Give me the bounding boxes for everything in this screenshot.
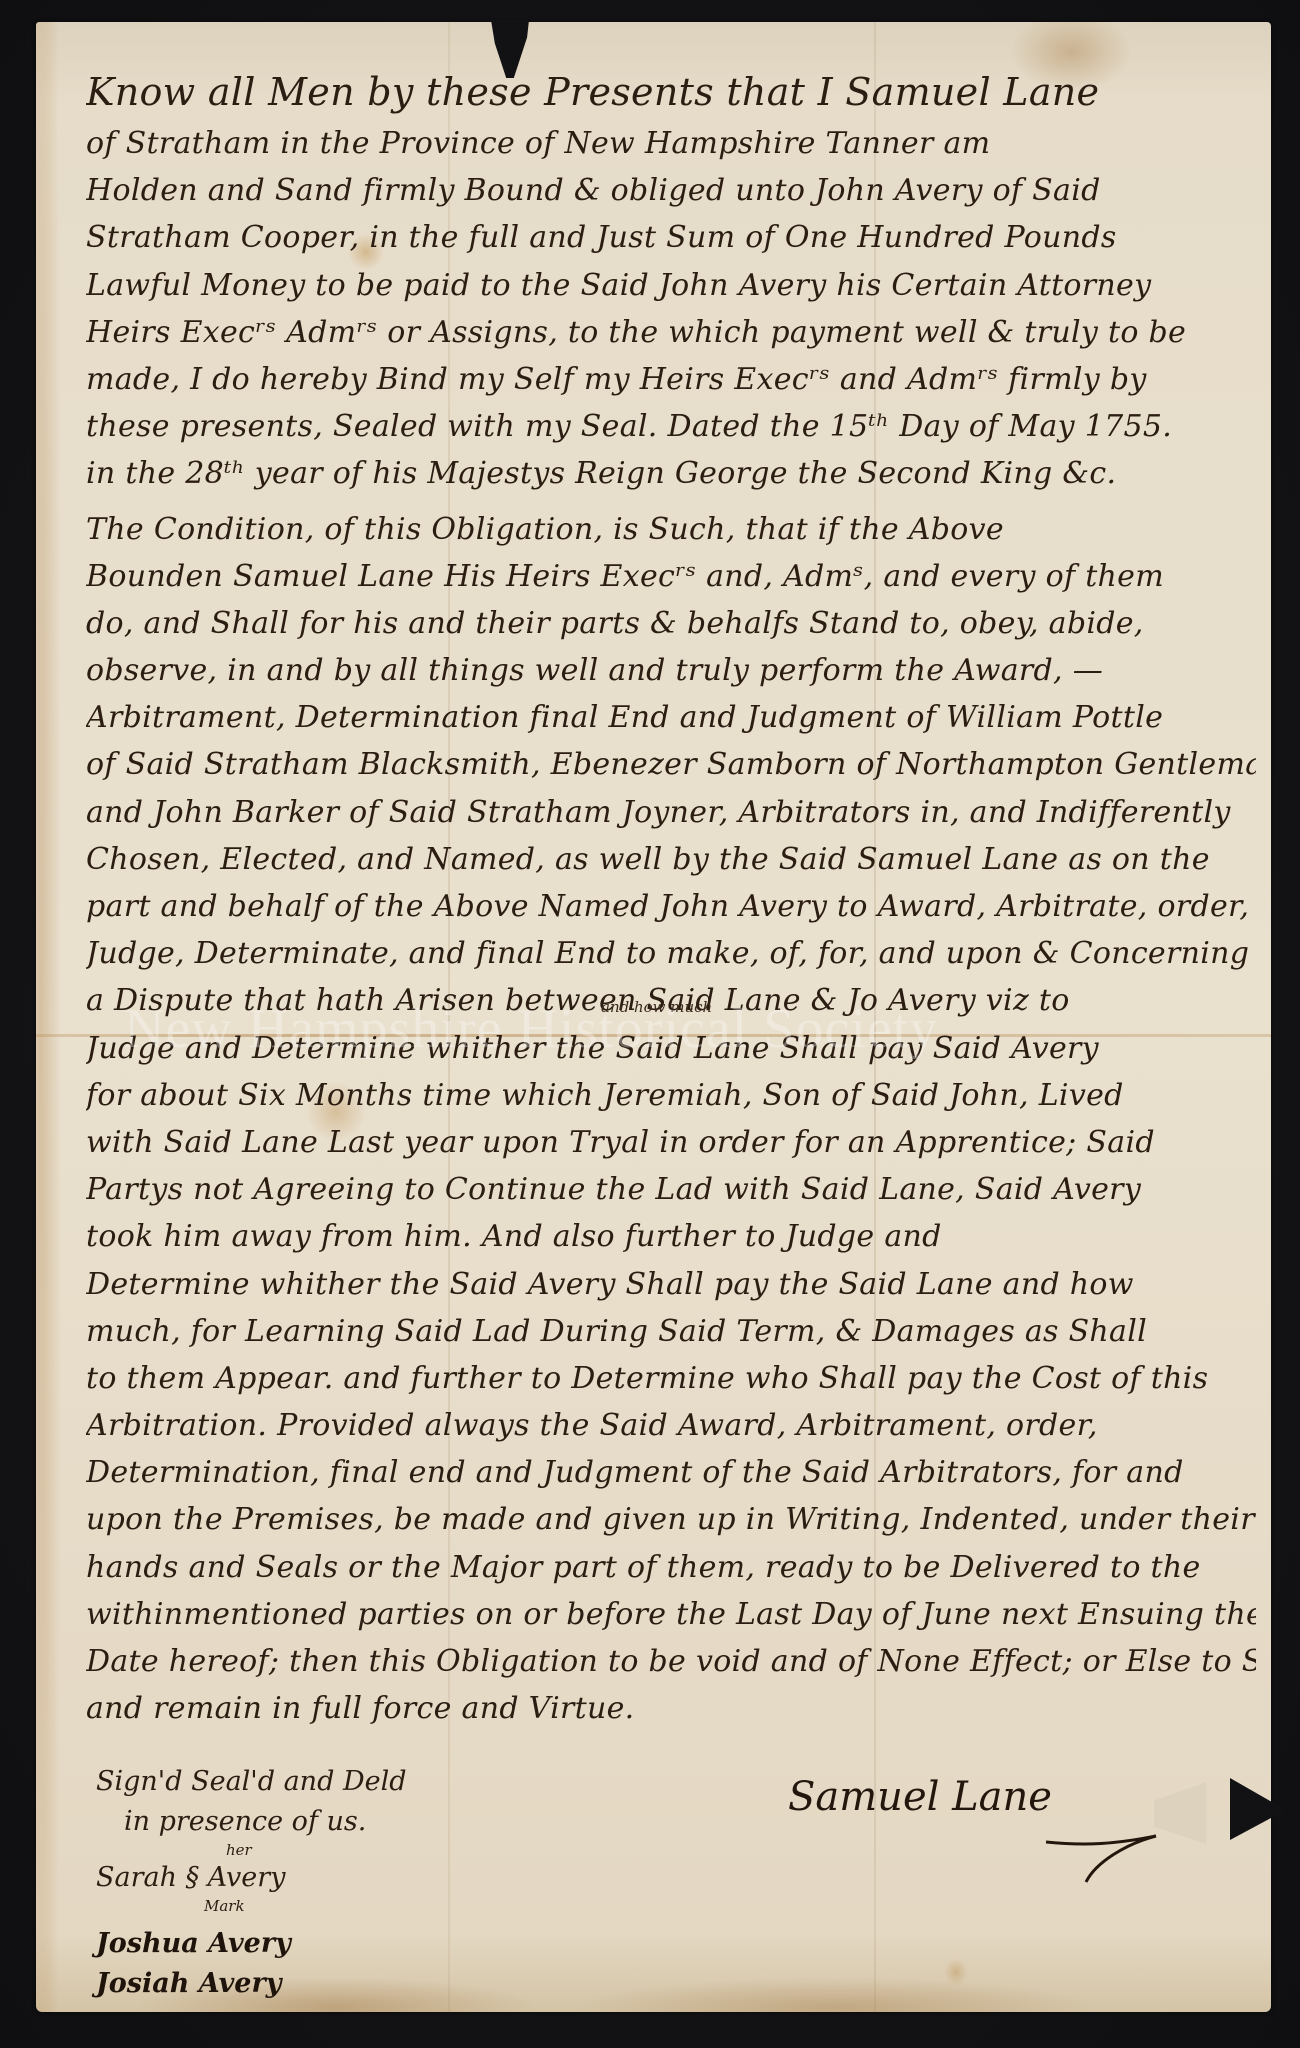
text-line: part and behalf of the Above Named John … xyxy=(86,883,1256,930)
text-line: Heirs Execʳˢ Admʳˢ or Assigns, to the wh… xyxy=(86,309,1256,356)
text-line: observe, in and by all things well and t… xyxy=(86,647,1256,694)
text-line: Bounden Samuel Lane His Heirs Execʳˢ and… xyxy=(86,553,1256,600)
attestation-block: Sign'd Seal'd and Deld in presence of us… xyxy=(96,1762,407,2004)
date-line: these presents, Sealed with my Seal. Dat… xyxy=(86,403,1256,450)
document-viewer: Know all Men by these Presents that I Sa… xyxy=(0,0,1300,2048)
condition-heading-line: The Condition, of this Obligation, is Su… xyxy=(86,506,1256,553)
text-line: hands and Seals or the Major part of the… xyxy=(86,1544,1256,1591)
signatory-signature: Samuel Lane xyxy=(788,1774,1052,1820)
text-line: in the 28ᵗʰ year of his Majestys Reign G… xyxy=(86,450,1256,497)
attestation-line: in presence of us. xyxy=(96,1802,407,1842)
mark-annotation: her xyxy=(96,1842,407,1858)
bond-body-text: Know all Men by these Presents that I Sa… xyxy=(86,64,1256,1732)
text-line: Date hereof; then this Obligation to be … xyxy=(86,1638,1256,1685)
text-line: Partys not Agreeing to Continue the Lad … xyxy=(86,1166,1256,1213)
text-line: upon the Premises, be made and given up … xyxy=(86,1496,1256,1543)
text-line: Stratham Cooper, in the full and Just Su… xyxy=(86,214,1256,261)
witness-signature: Sarah ⁠§ Avery xyxy=(96,1858,407,1898)
text-line: Holden and Sand firmly Bound & obliged u… xyxy=(86,167,1256,214)
text-line: and remain in full force and Virtue. xyxy=(86,1685,1256,1732)
text-line: Chosen, Elected, and Named, as well by t… xyxy=(86,836,1256,883)
text-line: Arbitrament, Determination final End and… xyxy=(86,694,1256,741)
witness-signature: Joshua Avery xyxy=(96,1924,407,1964)
text-line: took him away from him. And also further… xyxy=(86,1213,1256,1260)
text-line: do, and Shall for his and their parts & … xyxy=(86,600,1256,647)
interlinear-insertion: and how much xyxy=(601,998,712,1016)
text-line: for about Six Months time which Jeremiah… xyxy=(86,1072,1256,1119)
attestation-line: Sign'd Seal'd and Deld xyxy=(96,1762,407,1802)
text-line: to them Appear. and further to Determine… xyxy=(86,1355,1256,1402)
text-line: much, for Learning Said Lad During Said … xyxy=(86,1308,1256,1355)
text-line: of Said Stratham Blacksmith, Ebenezer Sa… xyxy=(86,741,1256,788)
text-line: Judge and Determine whither the Said Lan… xyxy=(86,1025,1256,1072)
mark-annotation: Mark xyxy=(96,1898,407,1914)
text-line: Judge, Determinate, and final End to mak… xyxy=(86,930,1256,977)
text-line: withinmentioned parties on or before the… xyxy=(86,1591,1256,1638)
witness-signature: Josiah Avery xyxy=(96,1964,407,2004)
text-line: Arbitration. Provided always the Said Aw… xyxy=(86,1402,1256,1449)
text-line: Lawful Money to be paid to the Said John… xyxy=(86,262,1256,309)
text-line: with Said Lane Last year upon Tryal in o… xyxy=(86,1119,1256,1166)
text-line: made, I do hereby Bind my Self my Heirs … xyxy=(86,356,1256,403)
text-line: of Stratham in the Province of New Hamps… xyxy=(86,120,1256,167)
text-line: Know all Men by these Presents that I Sa… xyxy=(86,64,1256,120)
text-line: Determination, final end and Judgment of… xyxy=(86,1449,1256,1496)
text-line: Determine whither the Said Avery Shall p… xyxy=(86,1261,1256,1308)
seal-cutout xyxy=(1230,1778,1282,1840)
manuscript-page: Know all Men by these Presents that I Sa… xyxy=(36,22,1271,2012)
text-line: and John Barker of Said Stratham Joyner,… xyxy=(86,789,1256,836)
